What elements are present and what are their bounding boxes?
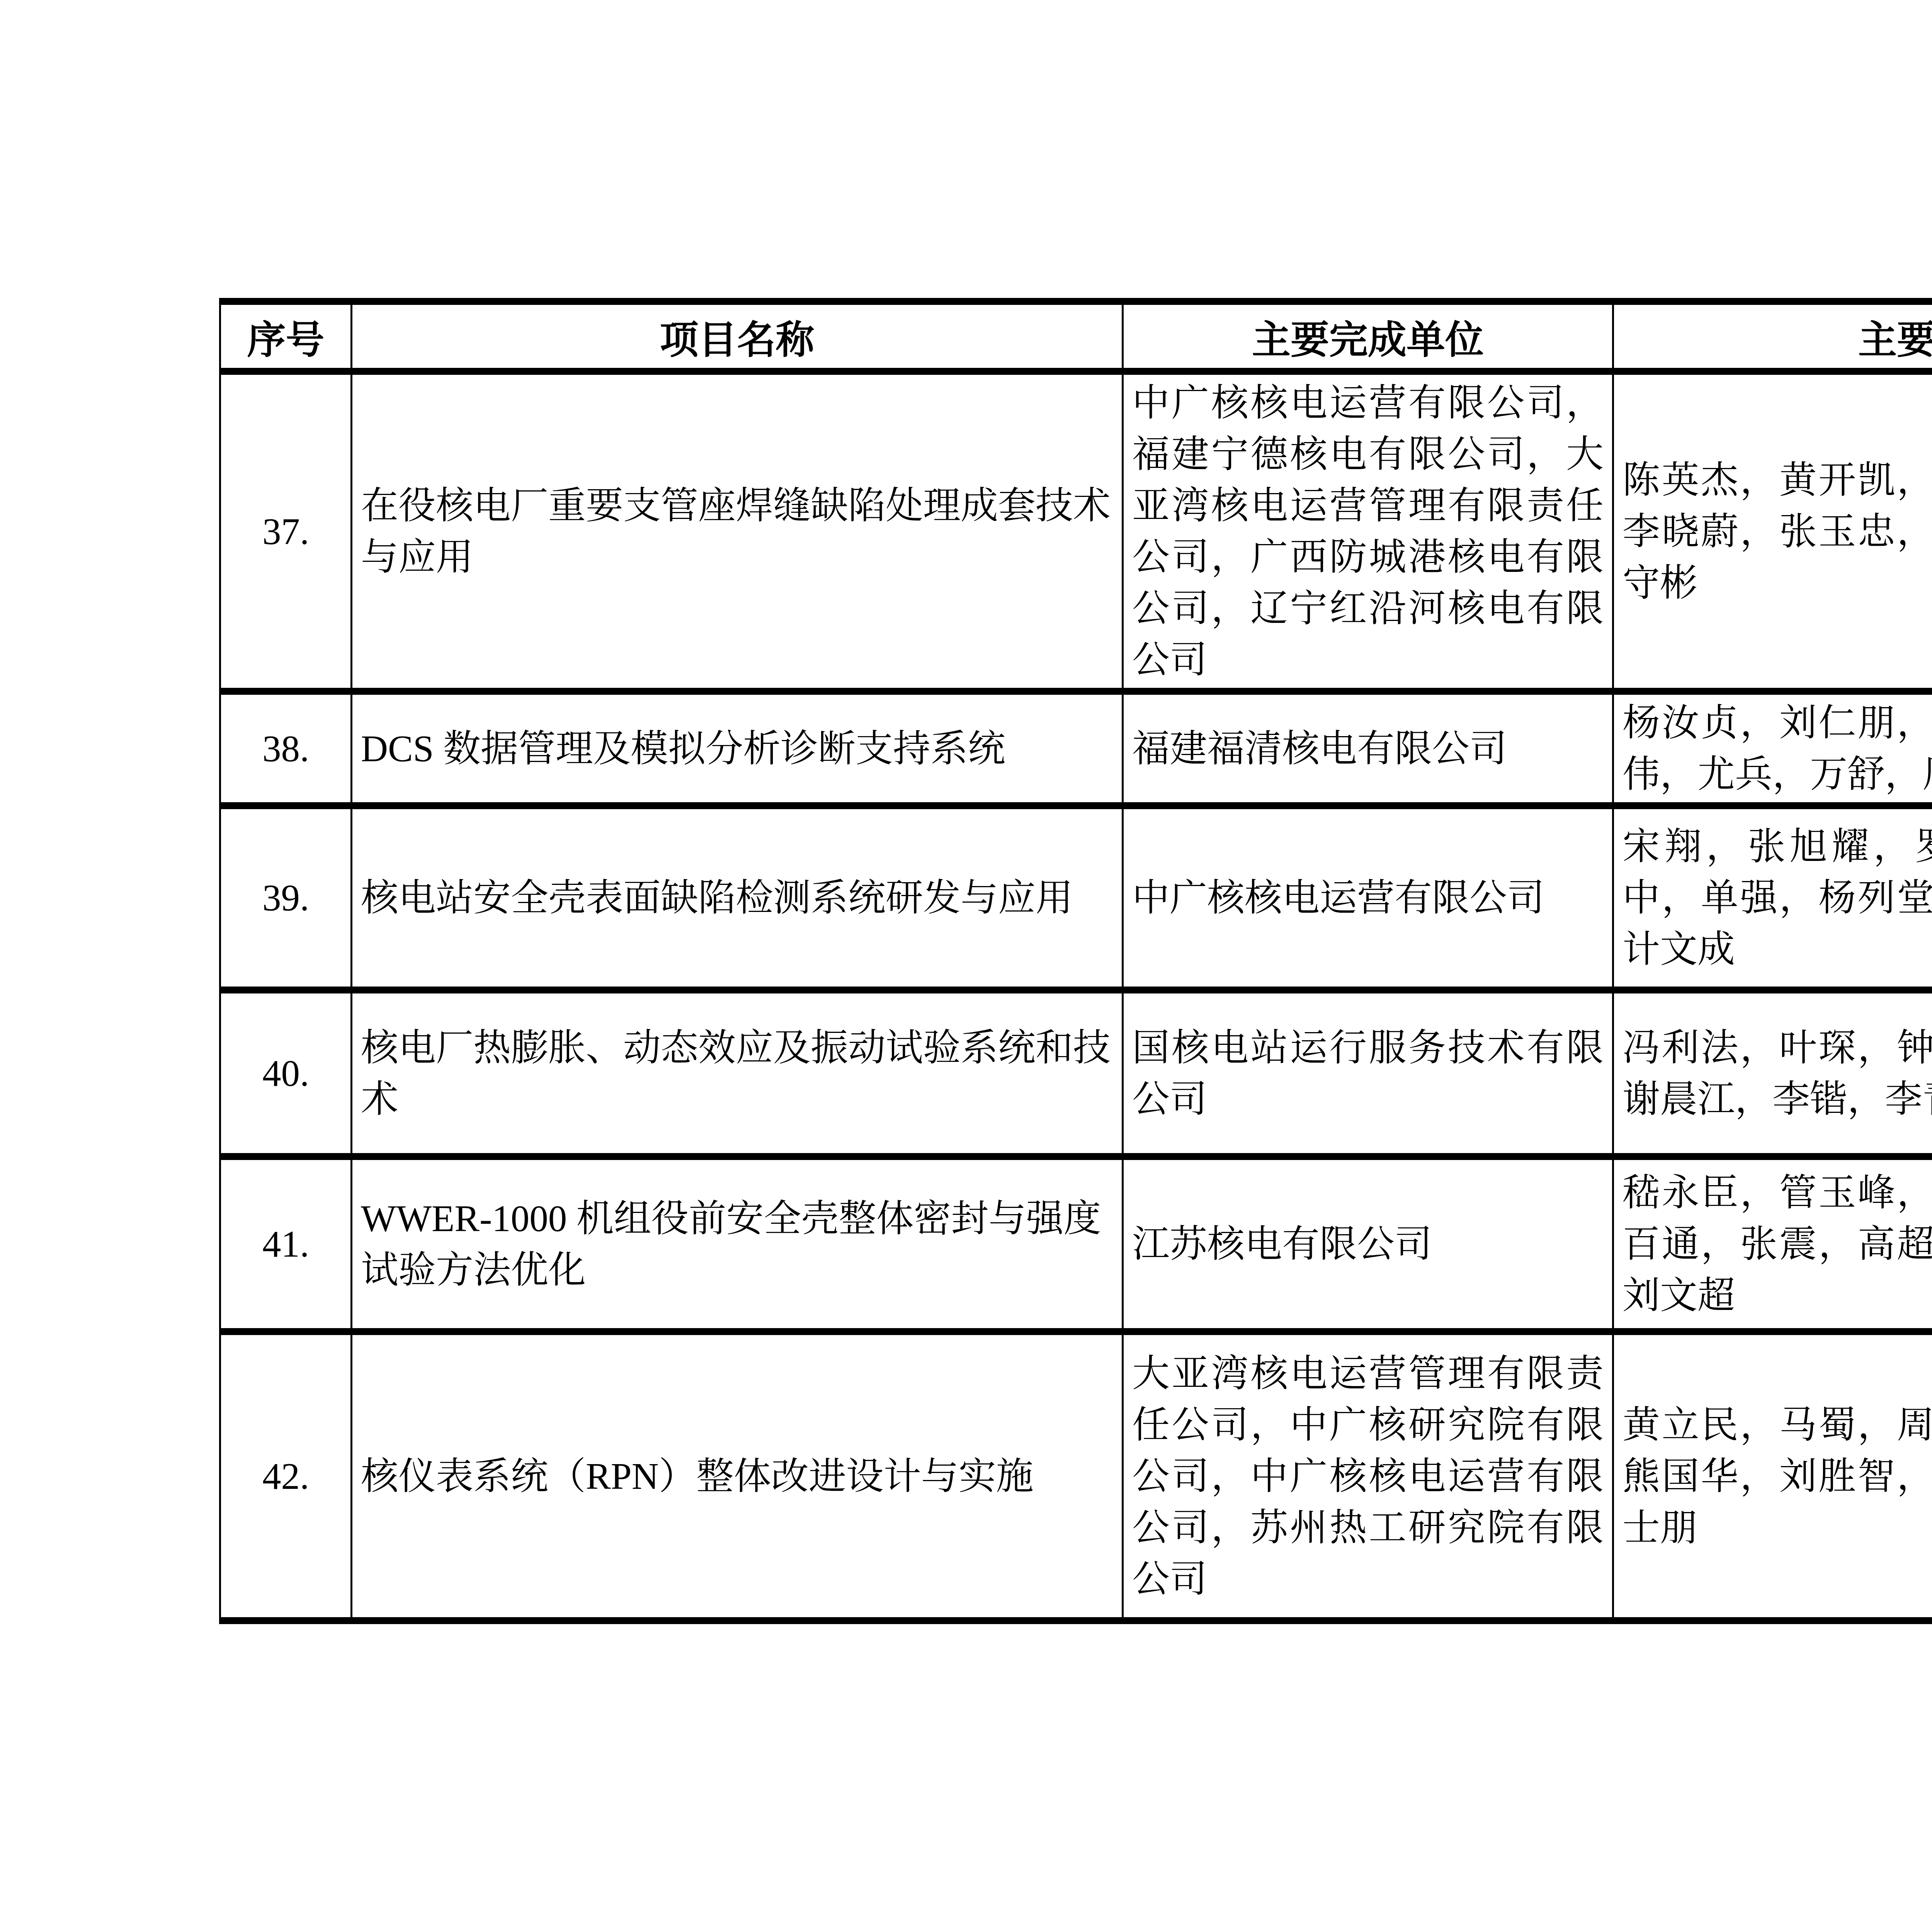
header-main-units: 主要完成单位 bbox=[1123, 301, 1613, 371]
cell-project-name: 核电站安全壳表面缺陷检测系统研发与应用 bbox=[352, 806, 1123, 990]
cell-serial-number: 41. bbox=[220, 1157, 352, 1332]
cell-main-units: 大亚湾核电运营管理有限责任公司，中广核研究院有限公司，中广核核电运营有限公司，苏… bbox=[1123, 1332, 1613, 1621]
header-project-name: 项目名称 bbox=[352, 301, 1123, 371]
cell-serial-number: 37. bbox=[220, 371, 352, 691]
cell-main-units: 江苏核电有限公司 bbox=[1123, 1157, 1613, 1332]
table-row: 39. 核电站安全壳表面缺陷检测系统研发与应用 中广核核电运营有限公司 宋翔，张… bbox=[220, 806, 1932, 990]
header-serial-number: 序号 bbox=[220, 301, 352, 371]
cell-main-contributors: 黄立民，马蜀，周强，胡纯，常宝富，熊国华，刘胜智，林国强，秦德满，张士朋 bbox=[1613, 1332, 1932, 1621]
table-row: 37. 在役核电厂重要支管座焊缝缺陷处理成套技术与应用 中广核核电运营有限公司，… bbox=[220, 371, 1932, 691]
cell-main-units: 国核电站运行服务技术有限公司 bbox=[1123, 990, 1613, 1157]
cell-main-units: 中广核核电运营有限公司，福建宁德核电有限公司，大亚湾核电运营管理有限责任公司，广… bbox=[1123, 371, 1613, 691]
cell-project-name: 核仪表系统（RPN）整体改进设计与实施 bbox=[352, 1332, 1123, 1621]
cell-serial-number: 39. bbox=[220, 806, 352, 990]
cell-serial-number: 40. bbox=[220, 990, 352, 1157]
document-page: 序号 项目名称 主要完成单位 主要完成人 获奖等级 37. 在役核电厂重要支管座… bbox=[0, 0, 1932, 1917]
table-row: 38. DCS 数据管理及模拟分析诊断支持系统 福建福清核电有限公司 杨汝贞，刘… bbox=[220, 691, 1932, 806]
cell-project-name: DCS 数据管理及模拟分析诊断支持系统 bbox=[352, 691, 1123, 806]
award-table: 序号 项目名称 主要完成单位 主要完成人 获奖等级 37. 在役核电厂重要支管座… bbox=[219, 298, 1932, 1624]
cell-main-contributors: 宋翔，张旭耀，罗琦，李尚科，付振中，单强，杨列堂，杜长琦，张关祥，计文成 bbox=[1613, 806, 1932, 990]
table-header-row: 序号 项目名称 主要完成单位 主要完成人 获奖等级 bbox=[220, 301, 1932, 371]
table-row: 41. WWER-1000 机组役前安全壳整体密封与强度试验方法优化 江苏核电有… bbox=[220, 1157, 1932, 1332]
table-row: 40. 核电厂热膨胀、动态效应及振动试验系统和技术 国核电站运行服务技术有限公司… bbox=[220, 990, 1932, 1157]
cell-serial-number: 38. bbox=[220, 691, 352, 806]
cell-main-contributors: 陈英杰，黄开凯，王凯，卢奇，李杰，李晓蔚，张玉忠，万和军，畅璐璐，李守彬 bbox=[1613, 371, 1932, 691]
cell-main-units: 中广核核电运营有限公司 bbox=[1123, 806, 1613, 990]
cell-main-units: 福建福清核电有限公司 bbox=[1123, 691, 1613, 806]
cell-project-name: 核电厂热膨胀、动态效应及振动试验系统和技术 bbox=[352, 990, 1123, 1157]
header-main-contributors: 主要完成人 bbox=[1613, 301, 1932, 371]
cell-main-contributors: 冯利法，叶琛，钟志民，于岗，褚凯，谢晨江，李锴，李青华，章济，李玮 bbox=[1613, 990, 1932, 1157]
cell-serial-number: 42. bbox=[220, 1332, 352, 1621]
cell-main-contributors: 嵇永臣，管玉峰，魏建军，张喜胜，曹百通，张震，高超，张晓宇，王春阳，刘文超 bbox=[1613, 1157, 1932, 1332]
cell-project-name: 在役核电厂重要支管座焊缝缺陷处理成套技术与应用 bbox=[352, 371, 1123, 691]
cell-project-name: WWER-1000 机组役前安全壳整体密封与强度试验方法优化 bbox=[352, 1157, 1123, 1332]
cell-main-contributors: 杨汝贞，刘仁朋，李逊存，卢俊，蔡红伟，尤兵，万舒，周莉，李沛，林信桐 bbox=[1613, 691, 1932, 806]
table-row: 42. 核仪表系统（RPN）整体改进设计与实施 大亚湾核电运营管理有限责任公司，… bbox=[220, 1332, 1932, 1621]
